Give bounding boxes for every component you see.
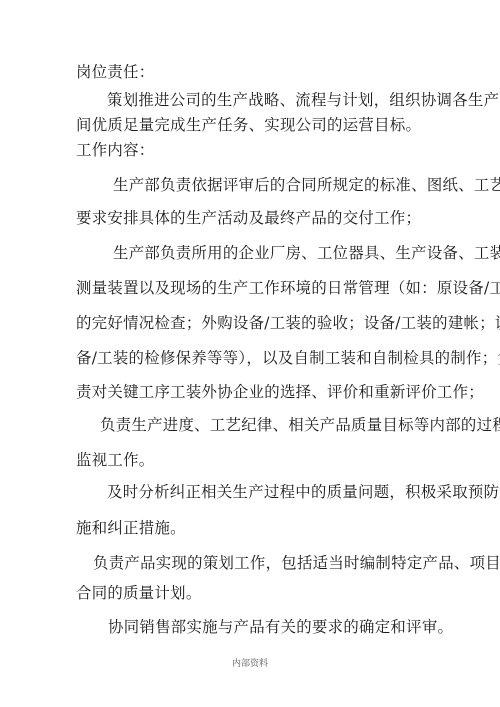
paragraph-line: 生产部负责所用的企业厂房、工位器具、生产设备、工装、 <box>113 244 469 262</box>
paragraph-line: 负责产品实现的策划工作，包括适当时编制特定产品、项目、 <box>93 554 449 572</box>
paragraph-line: 监视工作。 <box>76 451 432 469</box>
paragraph-line: 备/工装的检修保养等等），以及自制工装和自制检具的制作；负 <box>76 349 432 367</box>
paragraph-line: 合同的质量计划。 <box>76 584 432 602</box>
paragraph-line: 要求安排具体的生产活动及最终产品的交付工作； <box>76 209 432 227</box>
document-page: 岗位责任： 策划推进公司的生产战略、流程与计划，组织协调各生产车 间优质足量完成… <box>0 0 500 707</box>
paragraph-line: 负责生产进度、工艺纪律、相关产品质量目标等内部的过程 <box>100 416 456 434</box>
paragraph-line: 协同销售部实施与产品有关的要求的确定和评审。 <box>108 618 464 636</box>
paragraph-line: 的完好情况检查；外购设备/工装的验收；设备/工装的建帐；设 <box>76 314 432 332</box>
paragraph-line: 策划推进公司的生产战略、流程与计划，组织协调各生产车 <box>107 91 463 109</box>
section-heading-responsibilities: 岗位责任： <box>76 63 432 81</box>
page-footer: 内部资料 <box>0 656 500 669</box>
paragraph-line: 及时分析纠正相关生产过程中的质量问题，积极采取预防措 <box>107 483 463 501</box>
paragraph-line: 施和纠正措施。 <box>76 519 432 537</box>
section-heading-work-content: 工作内容： <box>76 141 432 159</box>
paragraph-line: 责对关键工序工装外协企业的选择、评价和重新评价工作； <box>76 383 432 401</box>
paragraph-line: 生产部负责依据评审后的合同所规定的标准、图纸、工艺 <box>113 176 469 194</box>
paragraph-line: 测量装置以及现场的生产工作环境的日常管理（如：原设备/工装 <box>76 279 432 297</box>
paragraph-line: 间优质足量完成生产任务、实现公司的运营目标。 <box>76 116 432 134</box>
